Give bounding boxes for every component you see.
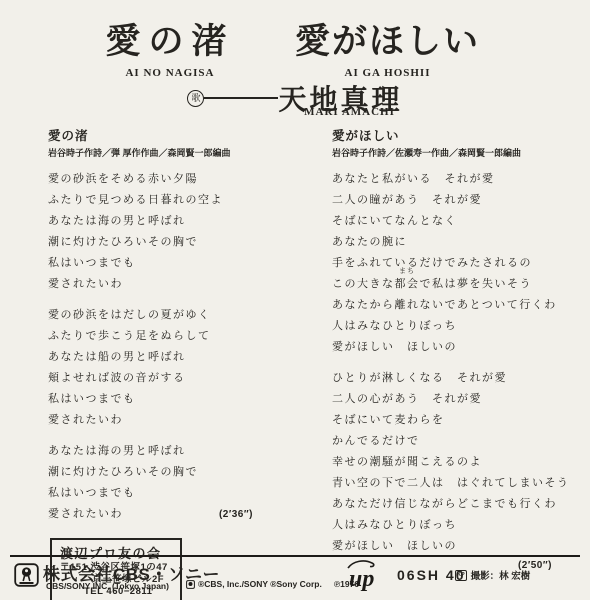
- lyric-line: 愛がほしい ほしいの: [332, 337, 582, 358]
- walking-eye-icon: [186, 580, 195, 589]
- lyric-line: そばにいてなんとなく: [332, 211, 582, 232]
- lyric-line: あなたは海の男と呼ばれ: [48, 441, 303, 462]
- lyric-line: 潮に灼けたひろいその胸で: [48, 232, 303, 253]
- artist-name-romaji: MARI AMACHI: [292, 106, 407, 118]
- lyrics-column-left: 愛の渚 岩谷時子作詩／弾 厚作作曲／森岡賢一郎編曲 愛の砂浜をそめる赤い夕陽ふた…: [48, 126, 303, 600]
- rights-line: ®CBS, Inc./SONY ®Sony Corp. ℗1976: [186, 579, 359, 589]
- song-credits-left: 岩谷時子作詩／弾 厚作作曲／森岡賢一郎編曲: [48, 146, 303, 159]
- rights-text: ®CBS, Inc./SONY ®Sony Corp.: [198, 579, 322, 589]
- lyric-line: そばにいて麦わらを: [332, 410, 582, 431]
- company-name-en: CBS/SONY INC. (Tokyo Japan): [46, 581, 169, 591]
- lyric-line: ふたりで歩こう足をぬらして: [48, 326, 303, 347]
- photo-credit-text: 撮影：林 宏樹: [471, 568, 531, 582]
- lyric-line: あなたと私がいる それが愛: [332, 169, 582, 190]
- lyric-line: 頬よせれば波の音がする: [48, 368, 303, 389]
- lyric-line-with-ruby: この大きな都会まちで私は夢を失いそう: [332, 274, 582, 295]
- lyric-line: ふたりで見つめる日暮れの空よ: [48, 190, 303, 211]
- lyric-line: あなただけ信じながらどこまでも行くわ: [332, 494, 582, 515]
- artist-dash-line: [204, 97, 278, 100]
- lyric-line: 私はいつまでも: [48, 483, 303, 504]
- song-title-right: 愛がほしい: [332, 126, 582, 144]
- verse-2-right: ひとりが淋しくなる それが愛二人の心があう それが愛そばにいて麦わらをかんでるだ…: [332, 368, 582, 557]
- lyric-line: 幸せの潮騒が聞こえるのよ: [332, 452, 582, 473]
- photo-credit: KP 撮影：林 宏樹: [455, 568, 530, 582]
- music-up-logo: up: [344, 558, 380, 600]
- footer: 株式会社CBS・ソニー CBS/SONY INC. (Tokyo Japan) …: [0, 558, 590, 600]
- verse-3-lines: あなたは海の男と呼ばれ潮に灼けたひろいその胸で私はいつまでも: [48, 441, 303, 504]
- song-credits-right: 岩谷時子作詩／佐瀬寿一作曲／森岡賢一郎編曲: [332, 146, 582, 159]
- lyric-line: あなたの腕に: [332, 232, 582, 253]
- cbs-sony-walking-eye-logo: [14, 563, 39, 592]
- title-ai-no-nagisa: 愛の渚 AI NO NAGISA: [55, 14, 285, 79]
- ruby-pre-text: この大きな: [332, 278, 395, 290]
- lyric-line: 愛の砂浜をはだしの夏がゆく: [48, 305, 303, 326]
- lyric-line: 愛されたいわ: [48, 504, 123, 525]
- lyric-line: 愛の砂浜をそめる赤い夕陽: [48, 169, 303, 190]
- footer-divider: [10, 555, 580, 557]
- lyric-line: 人はみなひとりぼっち: [332, 316, 582, 337]
- ruby-base-wrap: 都会まち: [395, 274, 420, 295]
- svg-text:up: up: [349, 566, 374, 592]
- verse-1-right: あなたと私がいる それが愛二人の瞳があう それが愛そばにいてなんとなくあなたの腕…: [332, 169, 582, 358]
- lyric-line: 手をふれているだけでみたされるの: [332, 253, 582, 274]
- lyric-line: あなたから離れないであとついて行くわ: [332, 295, 582, 316]
- verse-2-left: 愛の砂浜をはだしの夏がゆくふたりで歩こう足をぬらしてあなたは船の男と呼ばれ頬よせ…: [48, 305, 303, 431]
- lyric-line: かんでるだけで: [332, 431, 582, 452]
- lyric-line: 人はみなひとりぼっち: [332, 515, 582, 536]
- title-ai-ga-hoshii: 愛がほしい AI GA HOSHII: [290, 14, 485, 79]
- lyric-line: 二人の瞳があう それが愛: [332, 190, 582, 211]
- ruby-base: 都会: [395, 278, 420, 290]
- lyric-line: 愛されたいわ: [48, 274, 303, 295]
- lyric-line: 愛がほしい ほしいの: [332, 536, 582, 557]
- last-line-row: 愛されたいわ (2′36″): [48, 504, 253, 525]
- verse-1-left: 愛の砂浜をそめる赤い夕陽ふたりで見つめる日暮れの空よあなたは海の男と呼ばれ潮に灼…: [48, 169, 303, 295]
- song-title-left: 愛の渚: [48, 126, 303, 144]
- lyric-line: あなたは船の男と呼ばれ: [48, 347, 303, 368]
- lyric-line: 二人の心があう それが愛: [332, 389, 582, 410]
- lyric-line: ひとりが淋しくなる それが愛: [332, 368, 582, 389]
- lyric-line: 私はいつまでも: [48, 253, 303, 274]
- lyric-line: 愛されたいわ: [48, 410, 303, 431]
- lyric-line: 潮に灼けたひろいその胸で: [48, 462, 303, 483]
- duration-side-a: (2′36″): [219, 504, 253, 525]
- verse-1-lines-a: あなたと私がいる それが愛二人の瞳があう それが愛そばにいてなんとなくあなたの腕…: [332, 169, 582, 274]
- ruby-post-text: で私は夢を失いそう: [420, 278, 533, 290]
- photo-badge-icon: KP: [455, 570, 467, 581]
- verse-3-left: あなたは海の男と呼ばれ潮に灼けたひろいその胸で私はいつまでも 愛されたいわ (2…: [48, 441, 303, 525]
- lyric-line: 私はいつまでも: [48, 389, 303, 410]
- verse-1-lines-b: あなたから離れないであとついて行くわ人はみなひとりぼっち愛がほしい ほしいの: [332, 295, 582, 358]
- lyric-line: 青い空の下で二人は はぐれてしまいそう: [332, 473, 582, 494]
- song-mark-icon: 歌: [187, 90, 204, 107]
- lyric-line: あなたは海の男と呼ばれ: [48, 211, 303, 232]
- title-ja-left: 愛の渚: [55, 14, 285, 64]
- furigana: まち: [399, 268, 415, 275]
- lyrics-column-right: 愛がほしい 岩谷時子作詩／佐瀬寿一作曲／森岡賢一郎編曲 あなたと私がいる それが…: [332, 126, 582, 574]
- title-ja-right: 愛がほしい: [290, 14, 485, 64]
